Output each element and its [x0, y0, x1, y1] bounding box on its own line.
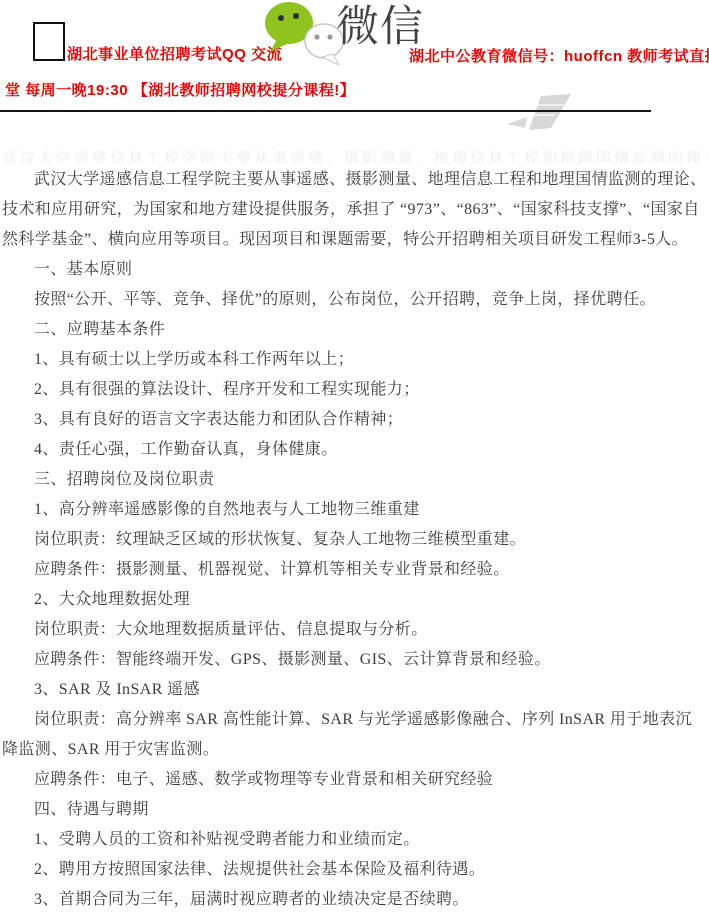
- document-paragraph: 一、基本原则: [2, 255, 707, 285]
- document-paragraph: 四、待遇与聘期: [2, 795, 707, 825]
- promo-header: 湖北事业单位招聘考试QQ 交流 微信 湖北中公教育微信号：huoffcn 教师考…: [0, 0, 709, 147]
- document-paragraph: 2、大众地理数据处理: [2, 585, 707, 615]
- document-paragraph: 岗位职责：纹理缺乏区域的形状恢复、复杂人工地物三维模型重建。: [2, 525, 707, 555]
- document-paragraph: 2、聘用方按照国家法律、法规提供社会基本保险及福利待遇。: [2, 855, 707, 885]
- document-paragraph: 3、具有良好的语言文字表达能力和团队合作精神；: [2, 405, 707, 435]
- document-paragraph: 2、具有很强的算法设计、程序开发和工程实现能力；: [2, 375, 707, 405]
- document-paragraph: 1、高分辨率遥感影像的自然地表与人工地物三维重建: [2, 495, 707, 525]
- document-paragraph: 3、首期合同为三年，届满时视应聘者的业绩决定是否续聘。: [2, 885, 707, 915]
- document-paragraph: 三、招聘岗位及岗位职责: [2, 465, 707, 495]
- header-divider-rule: [0, 110, 651, 112]
- document-paragraph: 二、应聘基本条件: [2, 315, 707, 345]
- document-paragraph: 应聘条件：电子、遥感、数学或物理等专业背景和相关研究经验: [2, 765, 707, 795]
- document-paragraph: 应聘条件：智能终端开发、GPS、摄影测量、GIS、云计算背景和经验。: [2, 645, 707, 675]
- document-paragraph: 3、SAR 及 InSAR 遥感: [2, 675, 707, 705]
- promo-text-qq-group: 湖北事业单位招聘考试QQ 交流: [67, 43, 282, 64]
- missing-image-placeholder-box: [33, 22, 65, 61]
- paragraph-list: 武汉大学遥感信息工程学院主要从事遥感、摄影测量、地理信息工程和地理国情监测的理论…: [2, 165, 707, 915]
- document-page: { "colors": { "promo_red": "#e60000", "b…: [0, 0, 709, 916]
- promo-text-wechat-account: 湖北中公教育微信号：huoffcn 教师考试直播课: [409, 45, 709, 66]
- promo-text-course-line: 堂 每周一晚19:30 【湖北教师招聘网校提分课程!】: [5, 79, 355, 100]
- document-paragraph: 1、具有硕士以上学历或本科工作两年以上；: [2, 345, 707, 375]
- scan-artifact-ghost-text: 武汉大学遥感信息工程学院主要从事遥感、摄影测量、地理信息工程和地理国情监测的理论…: [2, 147, 707, 163]
- swoosh-watermark-icon: [497, 94, 597, 142]
- document-paragraph: 1、受聘人员的工资和补贴视受聘者能力和业绩而定。: [2, 825, 707, 855]
- document-paragraph: 岗位职责：高分辨率 SAR 高性能计算、SAR 与光学遥感影像融合、序列 InS…: [2, 705, 707, 765]
- document-paragraph: 岗位职责：大众地理数据质量评估、信息提取与分析。: [2, 615, 707, 645]
- document-paragraph: 应聘条件：摄影测量、机器视觉、计算机等相关专业背景和经验。: [2, 555, 707, 585]
- document-paragraph: 按照“公开、平等、竞争、择优”的原则，公布岗位，公开招聘，竞争上岗，择优聘任。: [2, 285, 707, 315]
- document-paragraph: 4、责任心强，工作勤奋认真，身体健康。: [2, 435, 707, 465]
- document-body: 武汉大学遥感信息工程学院主要从事遥感、摄影测量、地理信息工程和地理国情监测的理论…: [0, 147, 709, 915]
- document-paragraph: 武汉大学遥感信息工程学院主要从事遥感、摄影测量、地理信息工程和地理国情监测的理论…: [2, 165, 707, 255]
